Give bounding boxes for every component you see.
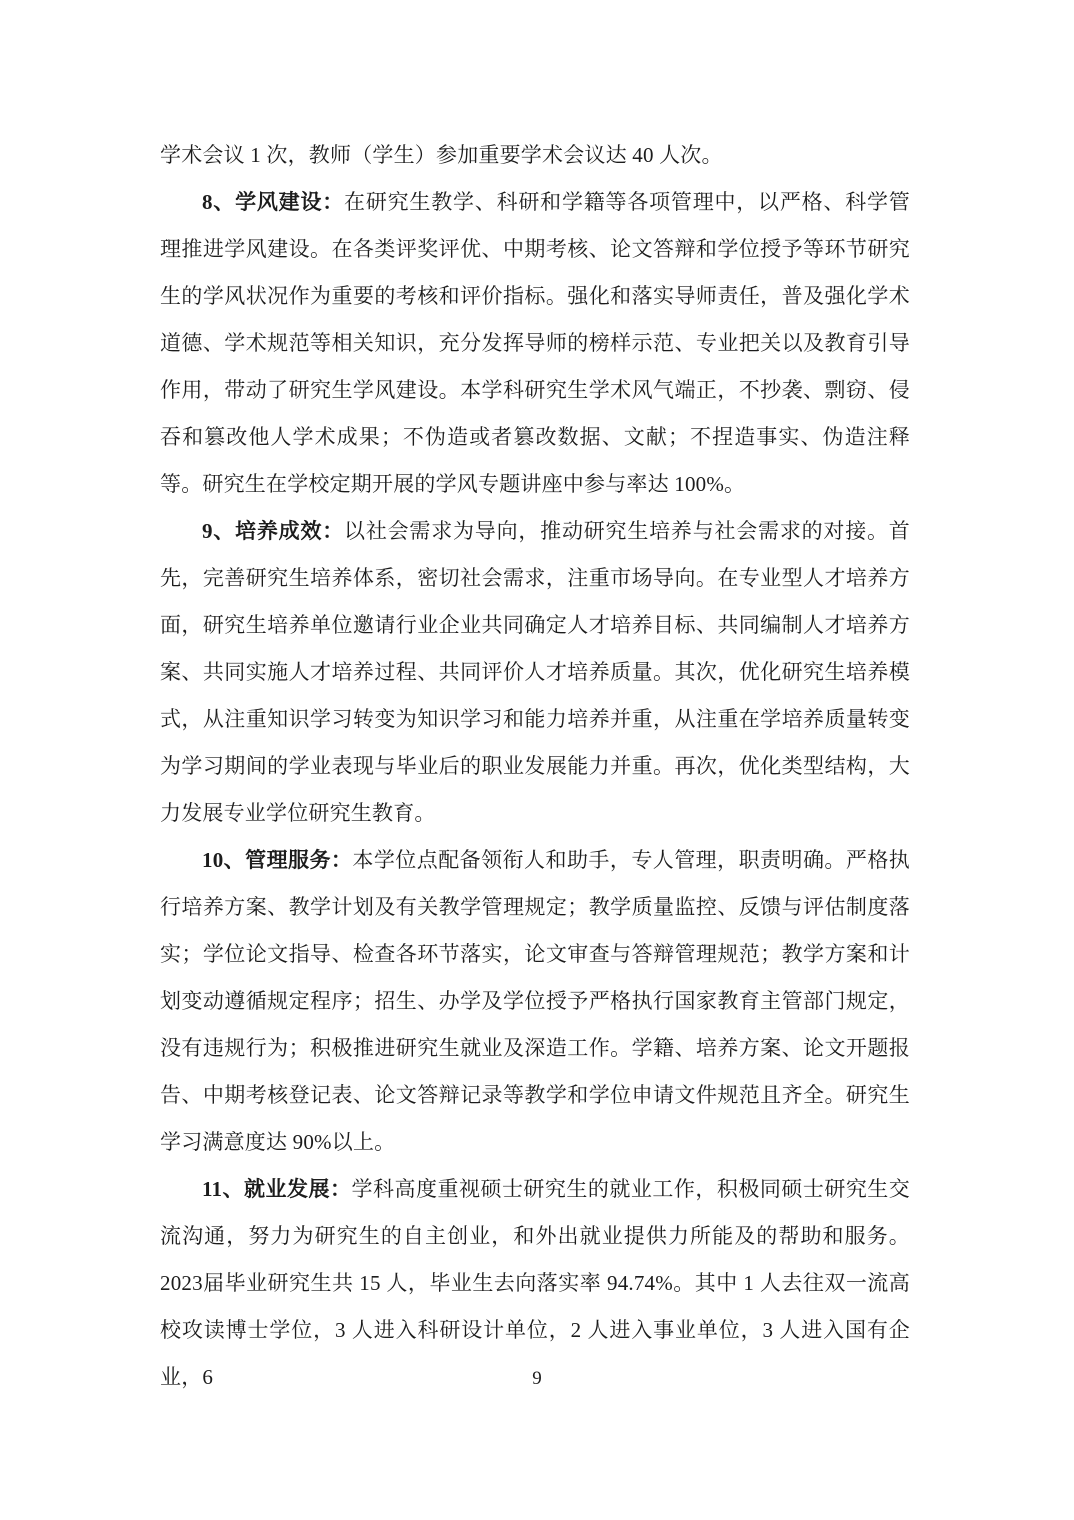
document-body: 学术会议 1 次，教师（学生）参加重要学术会议达 40 人次。 8、学风建设：在… (160, 132, 910, 1401)
paragraph-text: 学科高度重视硕士研究生的就业工作，积极同硕士研究生交流沟通，努力为研究生的自主创… (160, 1177, 910, 1389)
section-heading-10: 10、管理服务： (202, 848, 352, 872)
document-page: 学术会议 1 次，教师（学生）参加重要学术会议达 40 人次。 8、学风建设：在… (0, 0, 1074, 1520)
paragraph-text: 以社会需求为导向，推动研究生培养与社会需求的对接。首先，完善研究生培养体系，密切… (160, 519, 910, 825)
section-heading-11: 11、就业发展： (202, 1177, 352, 1201)
paragraph-text: 学术会议 1 次，教师（学生）参加重要学术会议达 40 人次。 (160, 143, 723, 167)
paragraph-management-service: 10、管理服务：本学位点配备领衔人和助手，专人管理，职责明确。严格执行培养方案、… (160, 837, 910, 1166)
page-number: 9 (0, 1366, 1074, 1392)
paragraph-text: 本学位点配备领衔人和助手，专人管理，职责明确。严格执行培养方案、教学计划及有关教… (160, 848, 910, 1154)
section-heading-9: 9、培养成效： (202, 519, 344, 543)
section-heading-8: 8、学风建设： (202, 190, 344, 214)
paragraph-training-results: 9、培养成效：以社会需求为导向，推动研究生培养与社会需求的对接。首先，完善研究生… (160, 508, 910, 837)
paragraph-continuation: 学术会议 1 次，教师（学生）参加重要学术会议达 40 人次。 (160, 132, 910, 179)
paragraph-text: 在研究生教学、科研和学籍等各项管理中，以严格、科学管理推进学风建设。在各类评奖评… (160, 190, 910, 496)
paragraph-study-style-building: 8、学风建设：在研究生教学、科研和学籍等各项管理中，以严格、科学管理推进学风建设… (160, 179, 910, 508)
